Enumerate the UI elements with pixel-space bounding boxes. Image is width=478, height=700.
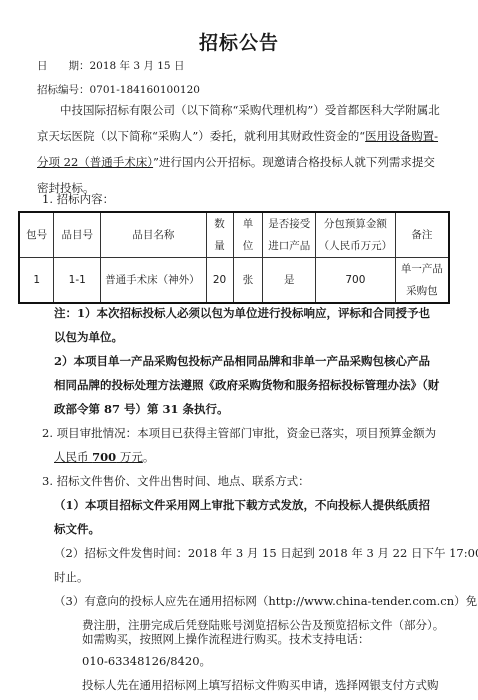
section-3-item-2-line-2: 时止。 [54,564,89,590]
tender-number-value: 0701-184160100120 [90,84,200,96]
cell-budget: 700 [316,258,396,304]
section-2-line-1: 2. 项目审批情况：本项目已获得主管部门审批，资金已落实，项目预算金额为 [42,420,436,446]
tech-support-phone: 010-63348126/8420。 [82,648,211,674]
intro-line-3: 分项 22（普通手术床）”进行国内公开招标。现邀请合格投标人就下列需求提交 [37,149,435,175]
note-2-line-2: 相同品牌的投标处理方法遵照《政府采购货物和服务招标投标管理办法》（财 [54,372,439,398]
document-page: 招标公告 日 期：2018 年 3 月 15 日 招标编号：0701-18416… [0,0,478,700]
section-2-line-2: 人民币 700 万元。 [54,444,154,470]
header-unit: 单 位 [233,212,263,258]
intro-line-3-text: ”进行国内公开招标。现邀请合格投标人就下列需求提交 [153,155,435,169]
header-quantity: 数 量 [206,212,233,258]
section-3-item-2-line-1: （2）招标文件发售时间：2018 年 3 月 15 日起到 2018 年 3 月… [54,540,478,566]
cell-item-no: 1-1 [54,258,101,304]
header-accept-import: 是否接受 进口产品 [263,212,316,258]
tender-number-line: 招标编号：0701-184160100120 [37,82,200,97]
section-3-item-1-line-1: （1）本项目招标文件采用网上审批下载方式发放，不向投标人提供纸质招 [54,492,430,518]
intro-line-1: 中技国际招标有限公司（以下简称“采购代理机构”）受首都医科大学附属北 [60,97,440,123]
note-2-line-1: 2）本项目单一产品采购包投标产品相同品牌和非单一产品采购包核心产品 [54,348,430,374]
bid-items-table: 包号 品目号 品目名称 数 量 单 位 是否接受 进口产品 分包预算金额 （人民… [18,211,450,304]
budget-amount-underlined: 人民币 700 万元 [54,450,143,464]
cell-accept-import: 是 [263,258,316,304]
table-row: 1 1-1 普通手术床（神外） 20 张 是 700 单一产品 采购包 [19,258,449,304]
section-3-item-3-line-1: （3）有意向的投标人应先在通用招标网（http://www.china-tend… [54,588,477,614]
cell-package-no: 1 [19,258,54,304]
header-item-name: 品目名称 [101,212,206,258]
note-2-line-3: 政部令第 87 号）第 31 条执行。 [54,396,229,422]
header-item-no: 品目号 [54,212,101,258]
note-1-line-2: 以包为单位。 [54,324,123,350]
note-1-line-1: 注：1）本次招标投标人必须以包为单位进行投标响应，评标和合同授予也 [54,300,430,326]
header-remark: 备注 [395,212,449,258]
page-title: 招标公告 [0,28,478,55]
cell-quantity: 20 [206,258,233,304]
header-package-no: 包号 [19,212,54,258]
section-3-heading: 3. 招标文件售价、文件出售时间、地点、联系方式： [42,468,310,494]
cell-item-name: 普通手术床（神外） [101,258,206,304]
cell-remark: 单一产品 采购包 [395,258,449,304]
section-3-item-3-line-5: 投标人先在通用招标网上填写招标文件购买申请，选择网银支付方式购 [82,672,439,698]
project-name-underlined-1: 医用设备购置- [365,129,438,143]
table-header-row: 包号 品目号 品目名称 数 量 单 位 是否接受 进口产品 分包预算金额 （人民… [19,212,449,258]
date-value: 2018 年 3 月 15 日 [90,60,185,72]
intro-line-2-text: 京天坛医院（以下简称“采购人”）委托，就利用其财政性资金的“ [37,129,365,143]
intro-line-2: 京天坛医院（以下简称“采购人”）委托，就利用其财政性资金的“医用设备购置- [37,123,438,149]
project-name-underlined-2: 分项 22（普通手术床） [37,155,153,169]
section-3-item-1-line-2: 标文件。 [54,516,100,542]
section-1-heading: 1. 招标内容： [42,186,114,212]
date-label: 日 期： [37,60,90,72]
header-budget: 分包预算金额 （人民币万元） [316,212,396,258]
tender-number-label: 招标编号： [37,84,90,96]
date-line: 日 期：2018 年 3 月 15 日 [37,58,184,73]
cell-unit: 张 [233,258,263,304]
